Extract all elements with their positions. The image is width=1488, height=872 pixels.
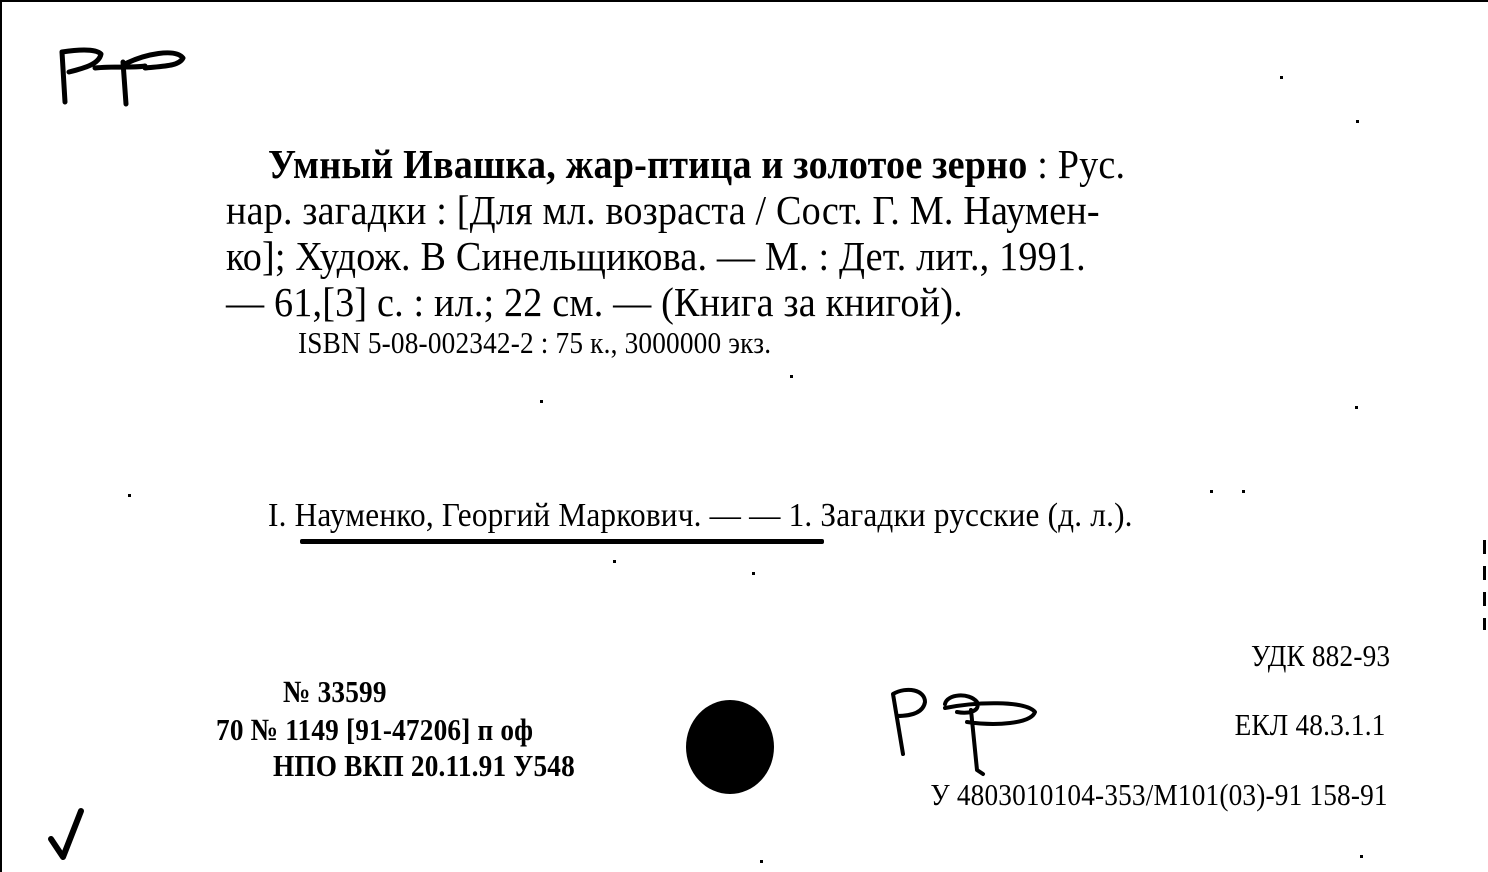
scan-speck bbox=[1280, 76, 1283, 79]
scan-speck bbox=[1210, 490, 1213, 493]
scan-speck bbox=[1355, 406, 1358, 409]
entry-title-rest: : Рус. bbox=[1028, 141, 1126, 187]
catalog-code: У 4803010104-353/М101(03)-91 158-91 bbox=[931, 777, 1388, 813]
udk-code: УДК 882-93 bbox=[1251, 638, 1390, 674]
entry-line-4: — 61,[3] с. : ил.; 22 см. — (Книга за кн… bbox=[226, 278, 963, 326]
entry-title: Умный Ивашка, жар-птица и золотое зерно bbox=[268, 141, 1028, 187]
catalog-card: Умный Ивашка, жар-птица и золотое зерно … bbox=[0, 0, 1488, 872]
checkmark-icon bbox=[45, 805, 95, 865]
isbn-line: ISBN 5-08-002342-2 : 75 к., 3000000 экз. bbox=[298, 325, 771, 361]
card-edge-left bbox=[0, 0, 2, 872]
entry-line-3: ко]; Худож. В Синельщикова. — М. : Дет. … bbox=[226, 232, 1086, 280]
scan-speck bbox=[128, 494, 131, 497]
scan-speck bbox=[540, 400, 543, 403]
scan-speck bbox=[790, 375, 793, 378]
punch-hole bbox=[686, 700, 774, 794]
ekl-code: ЕКЛ 48.3.1.1 bbox=[1235, 707, 1386, 743]
handwritten-mark-top-left bbox=[55, 40, 195, 110]
entry-title-line: Умный Ивашка, жар-птица и золотое зерно … bbox=[268, 140, 1125, 188]
handwritten-mark-center bbox=[885, 680, 1045, 780]
tracing-line: I. Науменко, Георгий Маркович. — — 1. За… bbox=[268, 497, 1133, 535]
record-number-1: № 33599 bbox=[283, 674, 387, 710]
scan-speck bbox=[752, 572, 755, 575]
scan-speck bbox=[1356, 120, 1359, 123]
handwritten-underline bbox=[300, 539, 824, 544]
entry-line-2: нар. загадки : [Для мл. возраста / Сост.… bbox=[226, 186, 1100, 234]
scan-speck bbox=[760, 860, 763, 863]
scan-speck bbox=[1360, 855, 1363, 858]
record-number-2: 70 № 1149 [91-47206] п оф bbox=[216, 712, 533, 748]
scan-speck bbox=[1242, 490, 1245, 493]
record-number-3: НПО ВКП 20.11.91 У548 bbox=[273, 748, 575, 784]
card-edge-top bbox=[0, 0, 1488, 2]
card-edge-right bbox=[1483, 540, 1486, 630]
scan-speck bbox=[613, 560, 616, 563]
